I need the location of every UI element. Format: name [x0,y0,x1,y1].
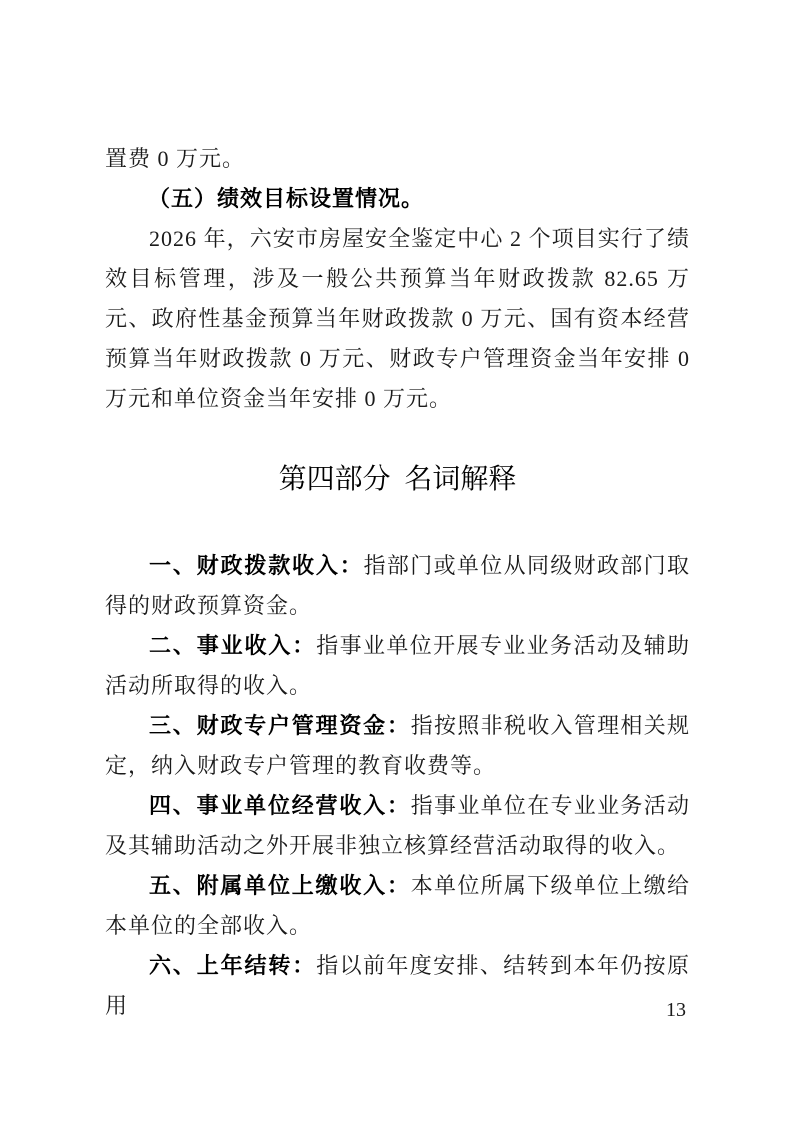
definition-item-4: 四、事业单位经营收入：指事业单位在专业业务活动及其辅助活动之外开展非独立核算经营… [105,786,690,866]
definition-term: 五、附属单位上缴收入： [149,873,411,898]
definition-list: 一、财政拨款收入：指部门或单位从同级财政部门取得的财政预算资金。 二、事业收入：… [105,546,690,1026]
subsection-heading: （五）绩效目标设置情况。 [105,179,690,219]
performance-paragraph: 2026 年，六安市房屋安全鉴定中心 2 个项目实行了绩效目标管理，涉及一般公共… [105,219,690,419]
document-page: 置费 0 万元。 （五）绩效目标设置情况。 2026 年，六安市房屋安全鉴定中心… [0,0,793,1122]
paragraph-continuation: 置费 0 万元。 [105,139,690,179]
part-heading: 第四部分 名词解释 [105,457,690,501]
definition-term: 四、事业单位经营收入： [149,793,411,818]
definition-item-3: 三、财政专户管理资金：指按照非税收入管理相关规定，纳入财政专户管理的教育收费等。 [105,706,690,786]
body-text: 置费 0 万元。 （五）绩效目标设置情况。 2026 年，六安市房屋安全鉴定中心… [105,0,690,1026]
definition-term: 一、财政拨款收入： [149,553,364,578]
page-number: 13 [666,998,686,1022]
definition-item-1: 一、财政拨款收入：指部门或单位从同级财政部门取得的财政预算资金。 [105,546,690,626]
definition-term: 二、事业收入： [149,633,316,658]
definition-item-6: 六、上年结转：指以前年度安排、结转到本年仍按原用 [105,946,690,1026]
definition-item-5: 五、附属单位上缴收入：本单位所属下级单位上缴给本单位的全部收入。 [105,866,690,946]
definition-item-2: 二、事业收入：指事业单位开展专业业务活动及辅助活动所取得的收入。 [105,626,690,706]
definition-term: 三、财政专户管理资金： [149,713,411,738]
definition-term: 六、上年结转： [149,953,316,978]
